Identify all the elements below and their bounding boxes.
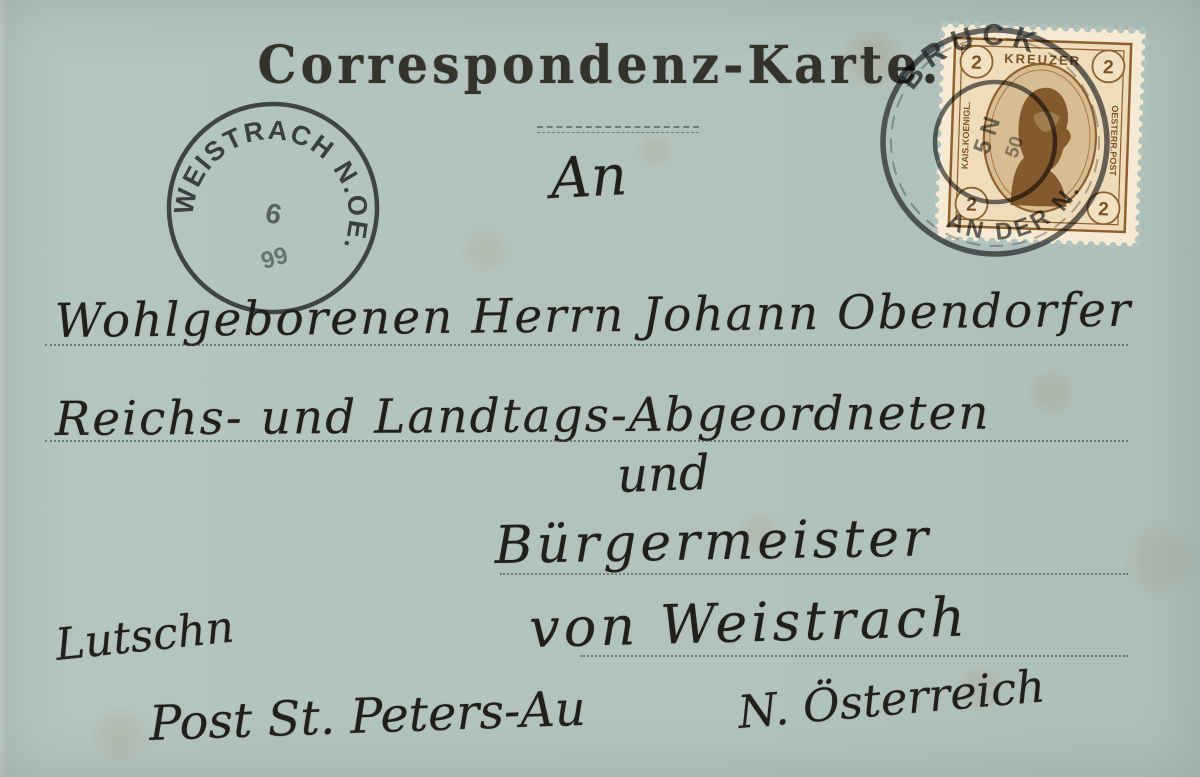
postmark-weistrach: WEISTRACH N.OE. 6 99	[160, 95, 386, 321]
address-line-1: Wohlgeborenen Herrn Johann Obendorfer	[55, 287, 1133, 345]
address-line-4: Bürgermeister	[494, 512, 932, 572]
postcard-surface: Correspondenz-Karte. WEISTRACH N.OE. 6 9…	[0, 0, 1200, 777]
salutation-an: An	[549, 148, 628, 208]
title-rule-top	[537, 126, 699, 128]
title-rule-bottom	[537, 132, 699, 133]
address-rule-4	[580, 655, 1128, 657]
postmark-weistrach-day: 6	[263, 197, 285, 231]
handwritten-side-note: Lutschn	[53, 606, 236, 668]
address-rule-3	[500, 573, 1128, 575]
postmark-bruck-date2: 50	[1002, 134, 1029, 161]
address-rule-2	[45, 440, 1128, 442]
address-line-3: und	[616, 449, 710, 500]
postmark-weistrach-year: 99	[258, 242, 291, 275]
address-rule-1	[45, 344, 1128, 346]
postmark-bruck-date1: 5 N	[968, 113, 1006, 157]
address-line-2: Reichs- und Landtags-Abgeordneten	[55, 389, 991, 443]
svg-text:WEISTRACH N.OE.: WEISTRACH N.OE.	[167, 96, 386, 256]
postmark-weistrach-town: WEISTRACH N.OE.	[167, 96, 386, 256]
address-line-6: Post St. Peters-Au	[148, 685, 586, 748]
address-line-5: von Weistrach	[529, 591, 970, 656]
address-line-7: N. Österreich	[736, 663, 1047, 735]
